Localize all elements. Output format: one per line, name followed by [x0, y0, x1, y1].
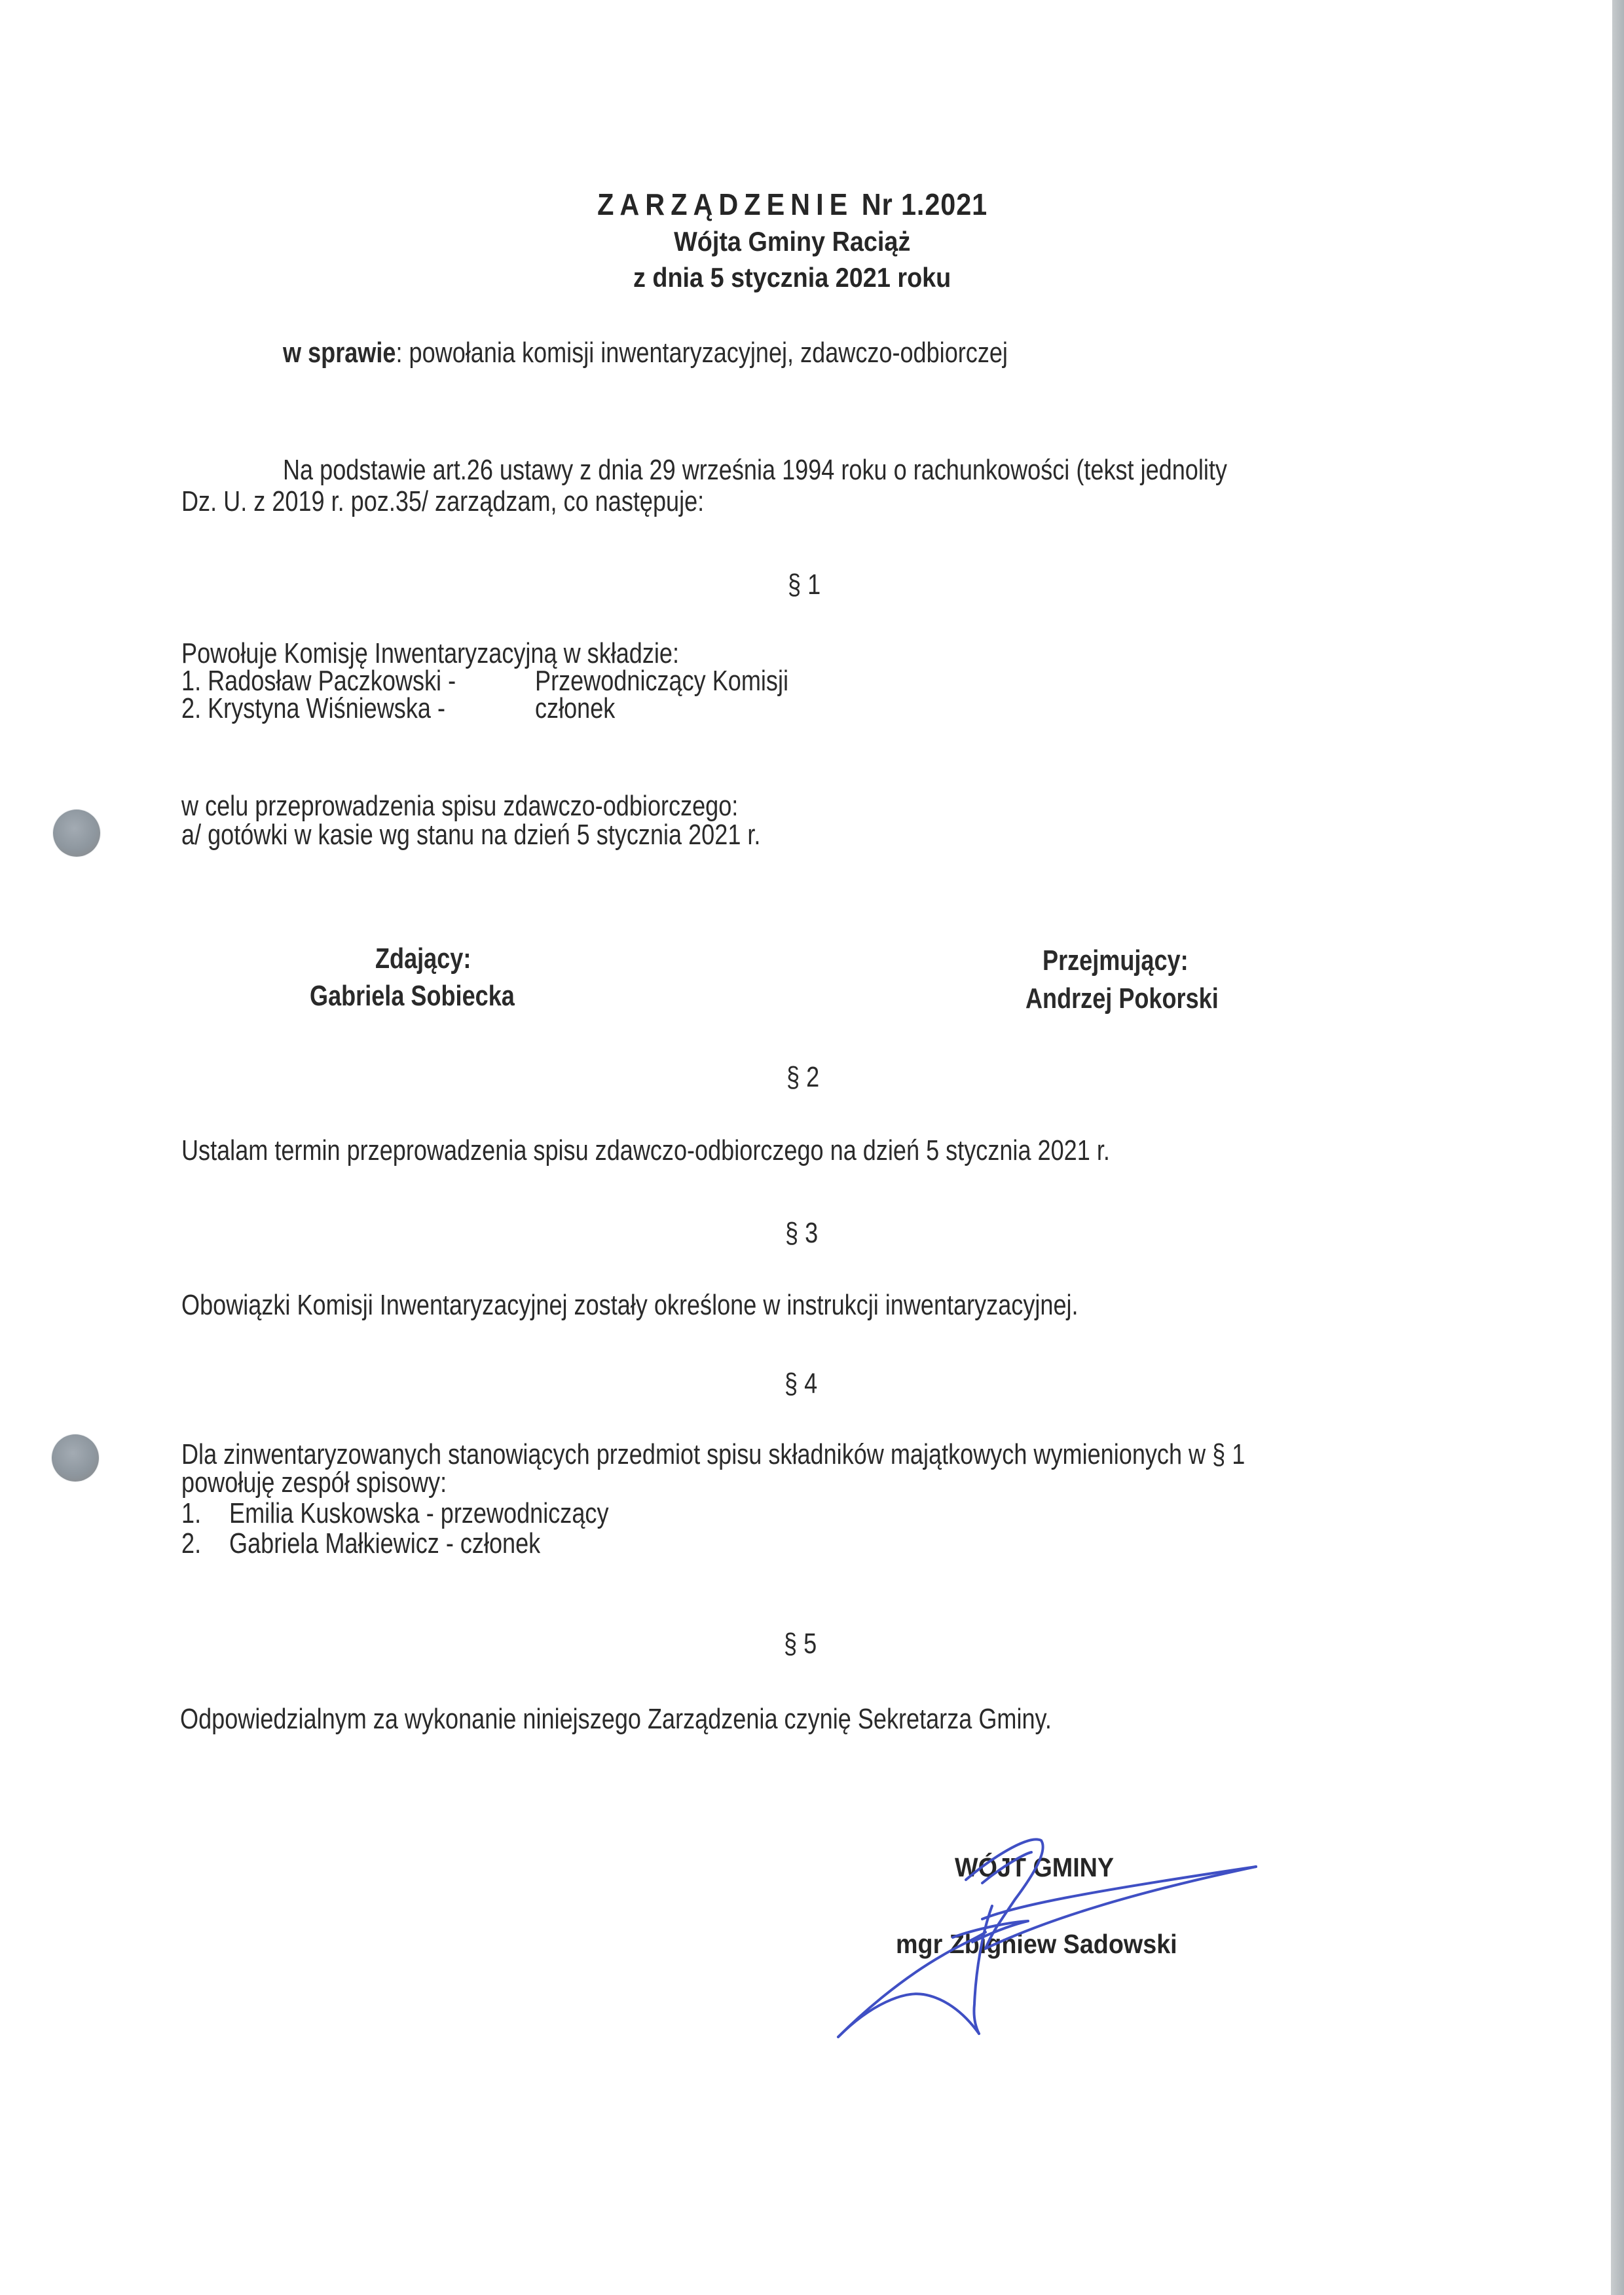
section-5-text: Odpowiedzialnym za wykonanie niniejszego…	[180, 1706, 1243, 1733]
punch-hole-lower	[52, 1434, 99, 1482]
subject-line: w sprawie: powołania komisji inwentaryza…	[283, 339, 1167, 367]
section-4-line-2: powołuję zespół spisowy:	[181, 1469, 505, 1497]
section-3-mark: § 3	[785, 1217, 825, 1250]
document-date: z dnia 5 stycznia 2021 roku	[0, 262, 1585, 293]
team-member-1: Emilia Kuskowska - przewodniczący	[229, 1500, 692, 1527]
commission-member-2-role: członek	[535, 695, 633, 722]
document-title: ZARZĄDZENIENr 1.2021	[0, 187, 1585, 222]
section-2-text: Ustalam termin przeprowadzenia spisu zda…	[181, 1137, 1314, 1165]
section-2-mark: § 2	[786, 1061, 826, 1094]
team-member-2: Gabriela Małkiewicz - członek	[229, 1530, 609, 1558]
section-4-mark: § 4	[784, 1368, 824, 1400]
section-1-mark: § 1	[788, 569, 828, 601]
punch-hole-upper	[53, 810, 100, 857]
team-member-2-number: 2.	[181, 1530, 206, 1558]
handover-giver-name: Gabriela Sobiecka	[310, 982, 560, 1010]
team-member-1-number: 1.	[181, 1500, 206, 1527]
title-word: ZARZĄDZENIE	[597, 187, 853, 221]
subject-label: w sprawie	[283, 337, 396, 369]
document-issuer: Wójta Gminy Raciąż	[0, 226, 1585, 257]
preamble-line-2: Dz. U. z 2019 r. poz.35/ zarządzam, co n…	[181, 488, 819, 515]
commission-member-2-name: 2. Krystyna Wiśniewska -	[181, 695, 503, 722]
signature-title: WÓJT GMINY	[955, 1852, 1128, 1883]
section-1-intro: Powołuje Komisję Inwentaryzacyjną w skła…	[181, 640, 788, 667]
preamble-line-1: Na podstawie art.26 ustawy z dnia 29 wrz…	[283, 457, 1434, 484]
commission-member-1-role: Przewodniczący Komisji	[535, 667, 844, 695]
scanned-page-edge	[1611, 0, 1624, 2295]
handover-receiver-label: Przejmujący:	[1043, 947, 1220, 975]
section-1-purpose-line-1: w celu przeprowadzenia spisu zdawczo-odb…	[181, 793, 860, 820]
section-5-mark: § 5	[784, 1628, 824, 1660]
handover-giver-label: Zdający:	[375, 945, 492, 973]
title-number: Nr 1.2021	[862, 187, 987, 221]
section-3-text: Obowiązki Komisji Inwentaryzacyjnej zost…	[181, 1292, 1275, 1319]
handover-receiver-name: Andrzej Pokorski	[1025, 985, 1261, 1013]
section-1-purpose-line-2: a/ gotówki w kasie wg stanu na dzień 5 s…	[181, 821, 888, 849]
section-4-line-1: Dla zinwentaryzowanych stanowiących prze…	[181, 1441, 1479, 1468]
subject-text: : powołania komisji inwentaryzacyjnej, z…	[396, 337, 1007, 369]
commission-member-1-name: 1. Radosław Paczkowski -	[181, 667, 516, 695]
signature-name: mgr Zbigniew Sadowski	[896, 1929, 1202, 1960]
